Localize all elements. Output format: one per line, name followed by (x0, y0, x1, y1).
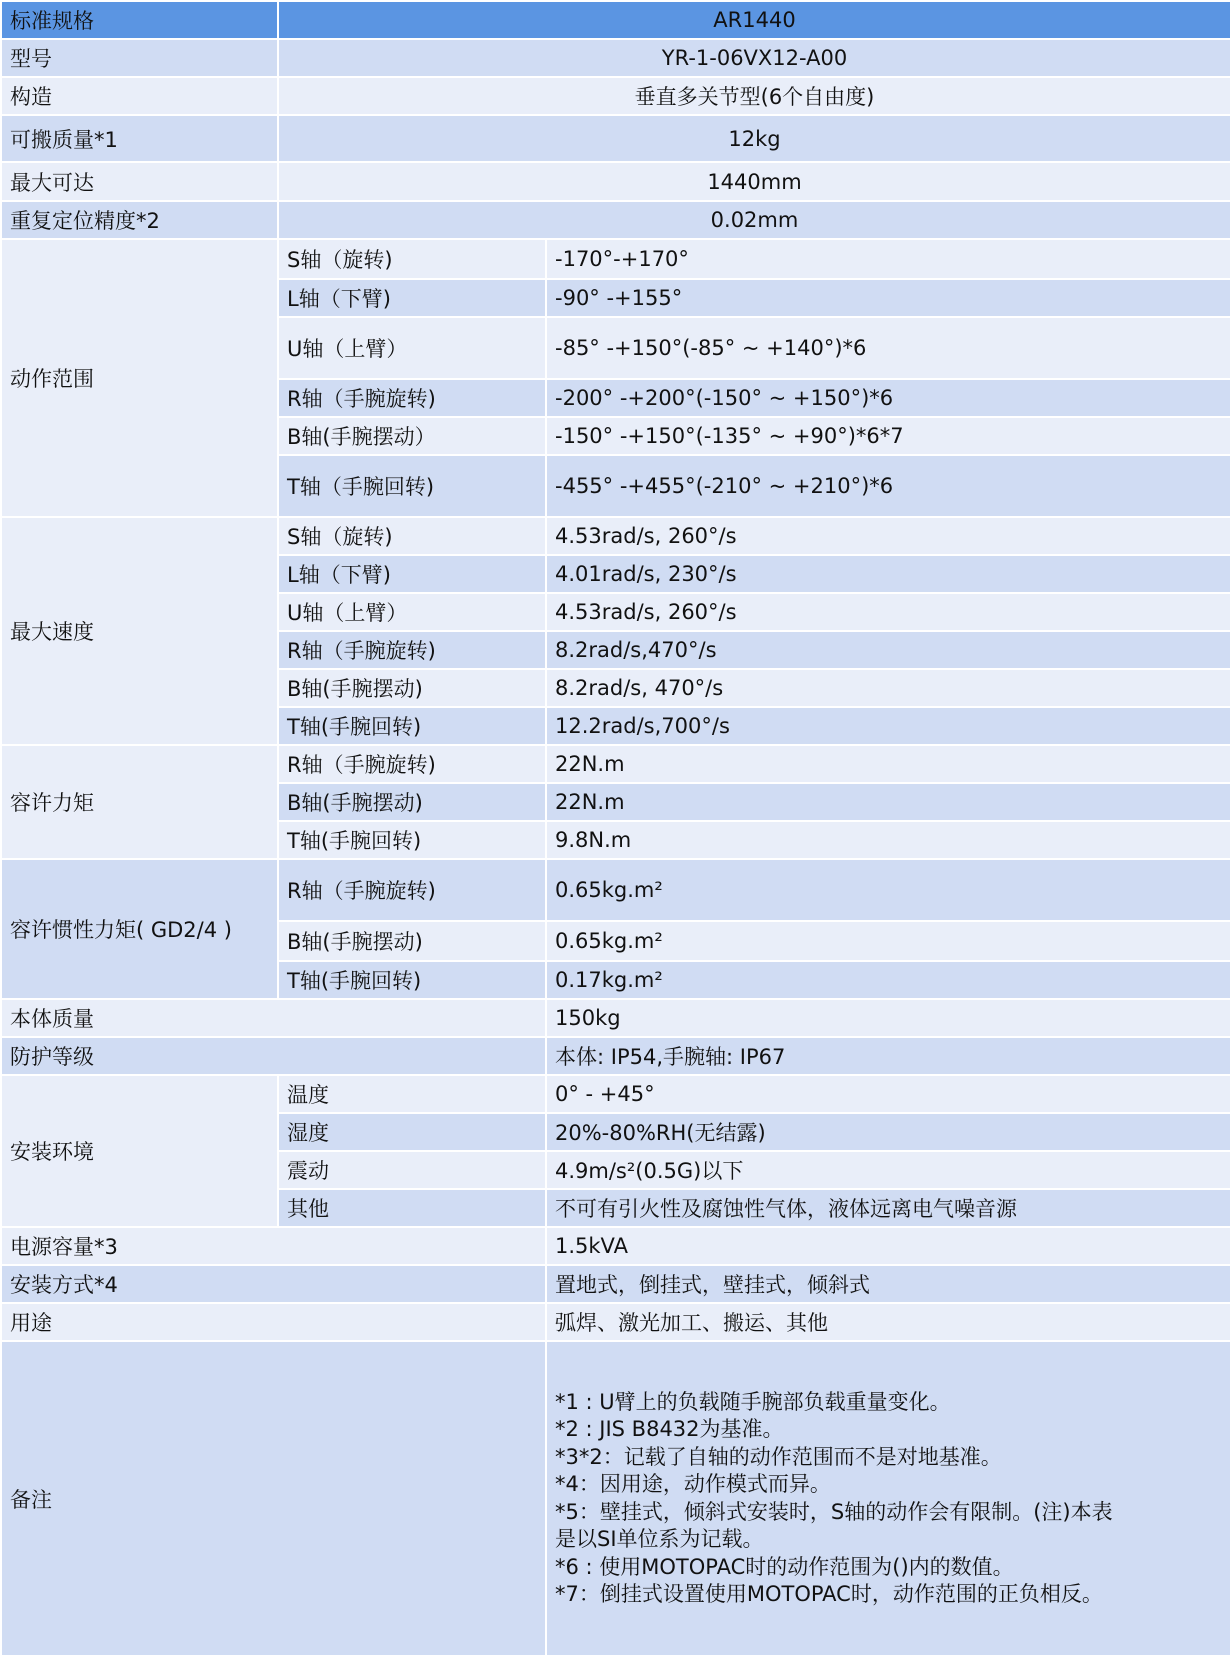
group-label-motion-range: 动作范围 (1, 239, 278, 517)
axis-value: -85° -+150°(-85° ~ +140°)*6 (546, 317, 1231, 379)
axis-label: B轴(手腕摆动) (278, 921, 546, 961)
axis-value: -200° -+200°(-150° ~ +150°)*6 (546, 379, 1231, 417)
row-label: 电源容量*3 (1, 1227, 546, 1265)
table-row: 可搬质量*1 12kg (1, 115, 1231, 162)
row-value: 1440mm (278, 162, 1231, 201)
env-value: 4.9m/s²(0.5G)以下 (546, 1151, 1231, 1189)
group-label-environment: 安装环境 (1, 1075, 278, 1227)
table-row: 动作范围 S轴（旋转) -170°-+170° (1, 239, 1231, 279)
table-row: 构造 垂直多关节型(6个自由度) (1, 77, 1231, 115)
env-item: 其他 (278, 1189, 546, 1227)
row-value: 本体: IP54,手腕轴: IP67 (546, 1037, 1231, 1075)
env-item: 温度 (278, 1075, 546, 1113)
axis-value: 8.2rad/s, 470°/s (546, 669, 1231, 707)
axis-label: R轴（手腕旋转) (278, 379, 546, 417)
group-label-allowable-moment: 容许力矩 (1, 745, 278, 859)
axis-value: -150° -+150°(-135° ~ +90°)*6*7 (546, 417, 1231, 455)
notes-cell: *1 : U臂上的负载随手腕部负载重量变化。 *2 : JIS B8432为基准… (546, 1341, 1231, 1656)
note-line: *5：壁挂式，倾斜式安装时，S轴的动作会有限制。(注)本表 (555, 1499, 1222, 1527)
axis-value: 0.65kg.m² (546, 921, 1231, 961)
row-value: 弧焊、激光加工、搬运、其他 (546, 1303, 1231, 1341)
axis-label: B轴(手腕摆动) (278, 669, 546, 707)
row-label: 本体质量 (1, 999, 546, 1037)
axis-value: 4.53rad/s, 260°/s (546, 517, 1231, 555)
axis-label: R轴（手腕旋转) (278, 745, 546, 783)
axis-value: -455° -+455°(-210° ~ +210°)*6 (546, 455, 1231, 517)
axis-label: T轴(手腕回转) (278, 821, 546, 859)
table-row: 容许力矩 R轴（手腕旋转) 22N.m (1, 745, 1231, 783)
env-item: 震动 (278, 1151, 546, 1189)
note-line: *7：倒挂式设置使用MOTOPAC时，动作范围的正负相反。 (555, 1581, 1222, 1609)
env-item: 湿度 (278, 1113, 546, 1151)
group-label-allowable-inertia: 容许惯性力矩( GD2/4 ) (1, 859, 278, 999)
table-row: 型号 YR-1-06VX12-A00 (1, 39, 1231, 77)
axis-value: 0.65kg.m² (546, 859, 1231, 921)
note-line: 是以SI单位系为记载。 (555, 1526, 1222, 1554)
row-label: 备注 (1, 1341, 546, 1656)
axis-label: R轴（手腕旋转) (278, 631, 546, 669)
table-row: 最大可达 1440mm (1, 162, 1231, 201)
axis-label: T轴（手腕回转) (278, 455, 546, 517)
row-label: 重复定位精度*2 (1, 201, 278, 239)
note-line: *2 : JIS B8432为基准。 (555, 1416, 1222, 1444)
row-label: 防护等级 (1, 1037, 546, 1075)
axis-value: 4.53rad/s, 260°/s (546, 593, 1231, 631)
note-line: *1 : U臂上的负载随手腕部负载重量变化。 (555, 1389, 1222, 1417)
axis-label: T轴(手腕回转) (278, 961, 546, 999)
axis-label: U轴（上臂） (278, 317, 546, 379)
table-row: 最大速度 S轴（旋转) 4.53rad/s, 260°/s (1, 517, 1231, 555)
axis-value: 0.17kg.m² (546, 961, 1231, 999)
axis-value: 9.8N.m (546, 821, 1231, 859)
axis-label: R轴（手腕旋转) (278, 859, 546, 921)
header-row: 标准规格 AR1440 (1, 1, 1231, 39)
axis-label: B轴(手腕摆动) (278, 783, 546, 821)
table-row: 重复定位精度*2 0.02mm (1, 201, 1231, 239)
env-value: 0° - +45° (546, 1075, 1231, 1113)
row-label: 安装方式*4 (1, 1265, 546, 1303)
table-row-notes: 备注 *1 : U臂上的负载随手腕部负载重量变化。 *2 : JIS B8432… (1, 1341, 1231, 1656)
axis-value: 22N.m (546, 745, 1231, 783)
row-value: 1.5kVA (546, 1227, 1231, 1265)
axis-value: 8.2rad/s,470°/s (546, 631, 1231, 669)
row-label: 型号 (1, 39, 278, 77)
table-row: 用途 弧焊、激光加工、搬运、其他 (1, 1303, 1231, 1341)
axis-value: 22N.m (546, 783, 1231, 821)
row-value: 150kg (546, 999, 1231, 1037)
axis-value: -90° -+155° (546, 279, 1231, 317)
row-value: 垂直多关节型(6个自由度) (278, 77, 1231, 115)
axis-label: S轴（旋转) (278, 517, 546, 555)
axis-value: 12.2rad/s,700°/s (546, 707, 1231, 745)
header-label: 标准规格 (1, 1, 278, 39)
axis-label: S轴（旋转) (278, 239, 546, 279)
axis-label: B轴(手腕摆动） (278, 417, 546, 455)
note-line: *3*2：记载了自轴的动作范围而不是对地基准。 (555, 1444, 1222, 1472)
row-value: 12kg (278, 115, 1231, 162)
table-row: 容许惯性力矩( GD2/4 ) R轴（手腕旋转) 0.65kg.m² (1, 859, 1231, 921)
axis-label: L轴（下臂) (278, 279, 546, 317)
row-value: YR-1-06VX12-A00 (278, 39, 1231, 77)
row-label: 最大可达 (1, 162, 278, 201)
axis-label: T轴(手腕回转) (278, 707, 546, 745)
axis-label: L轴（下臂) (278, 555, 546, 593)
row-label: 用途 (1, 1303, 546, 1341)
table-row: 安装环境 温度 0° - +45° (1, 1075, 1231, 1113)
table-row: 安装方式*4 置地式，倒挂式，壁挂式，倾斜式 (1, 1265, 1231, 1303)
table-row: 电源容量*3 1.5kVA (1, 1227, 1231, 1265)
row-label: 可搬质量*1 (1, 115, 278, 162)
group-label-max-speed: 最大速度 (1, 517, 278, 745)
axis-label: U轴（上臂） (278, 593, 546, 631)
row-label: 构造 (1, 77, 278, 115)
env-value: 不可有引火性及腐蚀性气体，液体远离电气噪音源 (546, 1189, 1231, 1227)
note-line: *6 : 使用MOTOPAC时的动作范围为()内的数值。 (555, 1554, 1222, 1582)
axis-value: -170°-+170° (546, 239, 1231, 279)
table-row: 本体质量 150kg (1, 999, 1231, 1037)
header-model: AR1440 (278, 1, 1231, 39)
axis-value: 4.01rad/s, 230°/s (546, 555, 1231, 593)
row-value: 0.02mm (278, 201, 1231, 239)
env-value: 20%-80%RH(无结露) (546, 1113, 1231, 1151)
row-value: 置地式，倒挂式，壁挂式，倾斜式 (546, 1265, 1231, 1303)
table-row: 防护等级 本体: IP54,手腕轴: IP67 (1, 1037, 1231, 1075)
note-line: *4：因用途，动作模式而异。 (555, 1471, 1222, 1499)
spec-table: 标准规格 AR1440 型号 YR-1-06VX12-A00 构造 垂直多关节型… (0, 0, 1232, 1657)
